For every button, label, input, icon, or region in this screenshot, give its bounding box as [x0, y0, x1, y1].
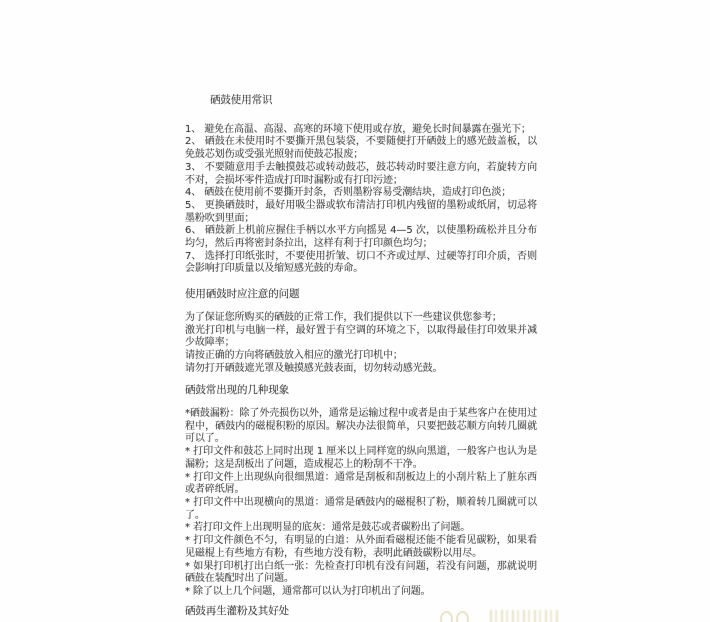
- paragraph: 请按正确的方向将硒鼓放入相应的激光打印机中；: [185, 350, 537, 363]
- list-item: 2、 硒鼓在未使用时不要撕开黑包装袋，不要随便打开硒鼓上的感光鼓盖板，以免鼓芯划…: [185, 136, 537, 161]
- watermark-circle-icon: [440, 611, 453, 622]
- list-item: 3、 不要随意用手去触摸鼓芯或转动鼓芯，鼓芯转动时要注意方向，若旋转方向不对，会…: [185, 162, 537, 187]
- document-page: 硒鼓使用常识 1、 避免在高温、高湿、高寒的环境下使用或存放，避免长时间暴露在强…: [0, 0, 710, 622]
- bullet-item: * 打印文件中出现横向的黑道：通常是硒鼓内的磁棍积了粉，顺着转几圈就可以了。: [185, 497, 537, 522]
- bullet-item: * 打印文件上出现纵向很细黑道：通常是刮板和刮板边上的小刮片粘上了脏东西或者碎纸…: [185, 472, 537, 497]
- doc-title: 硒鼓使用常识: [210, 94, 537, 107]
- list-item: 7、 选择打印纸张时，不要使用折皱、切口不齐或过厚、过硬等打印介质，否则会影响打…: [185, 251, 537, 276]
- list-item: 4、 硒鼓在使用前不要撕开封条，否则墨粉容易受潮结块，造成打印色淡；: [185, 187, 537, 200]
- paragraph: 为了保证您所购买的硒鼓的正常工作，我们提供以下一些建议供您参考；: [185, 312, 537, 325]
- list-item: 6、 硒鼓新上机前应握住手柄以水平方向摇晃 4—5 次，以使墨粉疏松并且分布均匀…: [185, 225, 537, 250]
- watermark-fragment: [437, 609, 572, 622]
- notes-section-heading: 使用硒鼓时应注意的问题: [185, 288, 537, 301]
- phenomena-section-heading: 硒鼓常出现的几种现象: [185, 384, 537, 397]
- bullet-item: * 打印文件和鼓芯上同时出现 1 厘米以上同样宽的纵向黑道，一般客户也认为是漏粉…: [185, 446, 537, 471]
- watermark-circle-icon: [456, 611, 469, 622]
- watermark-text-blur: [490, 610, 558, 622]
- bullet-item: * 若打印文件上出现明显的底灰：通常是鼓芯或者碳粉出了问题。: [185, 522, 537, 535]
- usage-rules-list: 1、 避免在高温、高湿、高寒的环境下使用或存放，避免长时间暴露在强光下； 2、 …: [185, 124, 537, 276]
- phenomena-bullets: *硒鼓漏粉：除了外壳损伤以外，通常是运输过程中或者是由于某些客户在使用过程中，硒…: [185, 408, 537, 599]
- paragraph: 请勿打开硒鼓遮光罩及触摸感光鼓表面，切勿转动感光鼓。: [185, 363, 537, 376]
- paragraph: 激光打印机与电脑一样，最好置于有空调的环境之下，以取得最佳打印效果并减少故障率；: [185, 325, 537, 350]
- bullet-item: * 如果打印机打出白纸一张：先检查打印机有没有问题，若没有问题，那就说明硒鼓在装…: [185, 561, 537, 586]
- list-item: 1、 避免在高温、高湿、高寒的环境下使用或存放，避免长时间暴露在强光下；: [185, 124, 537, 137]
- bullet-item: *硒鼓漏粉：除了外壳损伤以外，通常是运输过程中或者是由于某些客户在使用过程中，硒…: [185, 408, 537, 446]
- bullet-item: * 打印文件颜色不匀，有明显的白道：从外面看磁棍还能不能看见碳粉，如果看见磁棍上…: [185, 535, 537, 560]
- bullet-item: * 除了以上几个问题，通常都可以认为打印机出了问题。: [185, 586, 537, 599]
- document-content: 硒鼓使用常识 1、 避免在高温、高湿、高寒的环境下使用或存放，避免长时间暴露在强…: [185, 94, 537, 622]
- notes-paragraphs: 为了保证您所购买的硒鼓的正常工作，我们提供以下一些建议供您参考； 激光打印机与电…: [185, 312, 537, 376]
- list-item: 5、 更换硒鼓时，最好用吸尘器或软布清洁打印机内残留的墨粉或纸屑，切忌将墨粉吹到…: [185, 200, 537, 225]
